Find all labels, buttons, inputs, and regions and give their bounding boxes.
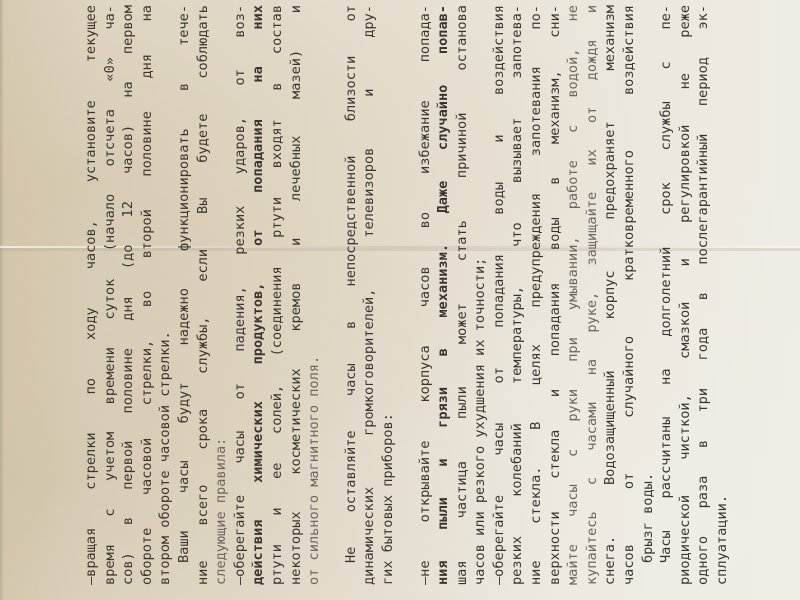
text-line: риодической чисткой, смазкой и регулиров… [676, 5, 695, 585]
paragraph-gap [324, 5, 342, 585]
text-line: —оберегайте часы от падения, резких удар… [231, 5, 250, 585]
text-line: ние стекла. В целях предупреждения запот… [527, 5, 546, 585]
text-line: шая частица пыли может стать причиной ос… [453, 5, 472, 585]
text-line: брызг воды. [639, 5, 658, 585]
text-line: Не оставляйте часы в непосредственной бл… [342, 5, 361, 585]
text-line: —не открывайте корпуса часов во избежани… [416, 5, 435, 585]
text-line: ния пыли и грязи в механизм. Даже случай… [434, 5, 453, 585]
text-line: некоторых косметических кремов и лечебны… [287, 5, 306, 585]
paper-edge-shadow [0, 0, 4, 600]
text-line: сплуатации. [713, 5, 732, 585]
text-line: Часы рассчитаны на долголетний срок служ… [657, 5, 676, 585]
text-line: обороте часовой стрелки, во второй полов… [138, 5, 157, 585]
text-line: резких колебаний температуры, что вызыва… [508, 5, 527, 585]
paragraph-protect-falls-chemicals: —оберегайте часы от падения, резких удар… [231, 5, 324, 585]
text-line: действия химических продуктов, от попада… [249, 5, 268, 585]
text-line: время с учетом времени суток (начало отс… [101, 5, 120, 585]
paragraph-setting-time: —вращая стрелки по ходу часов, установит… [82, 5, 175, 585]
text-line: ние всего срока службы, если Вы будете с… [194, 5, 213, 585]
text-line: ртути и ее солей, (соединения ртути вход… [268, 5, 287, 585]
paragraph-reliability: Ваши часы будут надежно функционировать … [175, 5, 231, 585]
text-line: —вращая стрелки по ходу часов, установит… [82, 5, 101, 585]
text-line: следующие правила: [212, 5, 231, 585]
text-line: верхности стекла и попадания воды в меха… [546, 5, 565, 585]
text-line: Ваши часы будут надежно функционировать … [175, 5, 194, 585]
text-line: —оберегайте часы от попадания воды и воз… [490, 5, 509, 585]
text-line: от сильного магнитного поля. [305, 5, 324, 585]
text-line: сов) в первой половине дня (до 12 часов)… [119, 5, 138, 585]
text-line: втором обороте часовой стрелки. [156, 5, 175, 585]
paragraph-magnetic-devices: Не оставляйте часы в непосредственной бл… [342, 5, 398, 585]
paragraph-protect-water-temperature: —оберегайте часы от попадания воды и воз… [490, 5, 657, 585]
text-line: одного раза в три года в послегарантийны… [694, 5, 713, 585]
text-line: снега. Водозащищенный корпус предохраняе… [601, 5, 620, 585]
text-line: майте часы с руки при умывании, работе с… [564, 5, 583, 585]
paragraph-service-life: Часы рассчитаны на долголетний срок служ… [657, 5, 731, 585]
instruction-text-block: —вращая стрелки по ходу часов, установит… [82, 5, 732, 585]
text-line: часов от случайного кратковременного воз… [620, 5, 639, 585]
paragraph-gap [398, 5, 416, 585]
text-line: динамических громкоговорителей, телевизо… [360, 5, 379, 585]
text-line: купайтесь с часами на руке, защищайте их… [583, 5, 602, 585]
paragraph-do-not-open: —не открывайте корпуса часов во избежани… [416, 5, 490, 585]
text-line: гих бытовых приборов: [379, 5, 398, 585]
text-line: часов или резкого ухудшения их точности; [471, 5, 490, 585]
